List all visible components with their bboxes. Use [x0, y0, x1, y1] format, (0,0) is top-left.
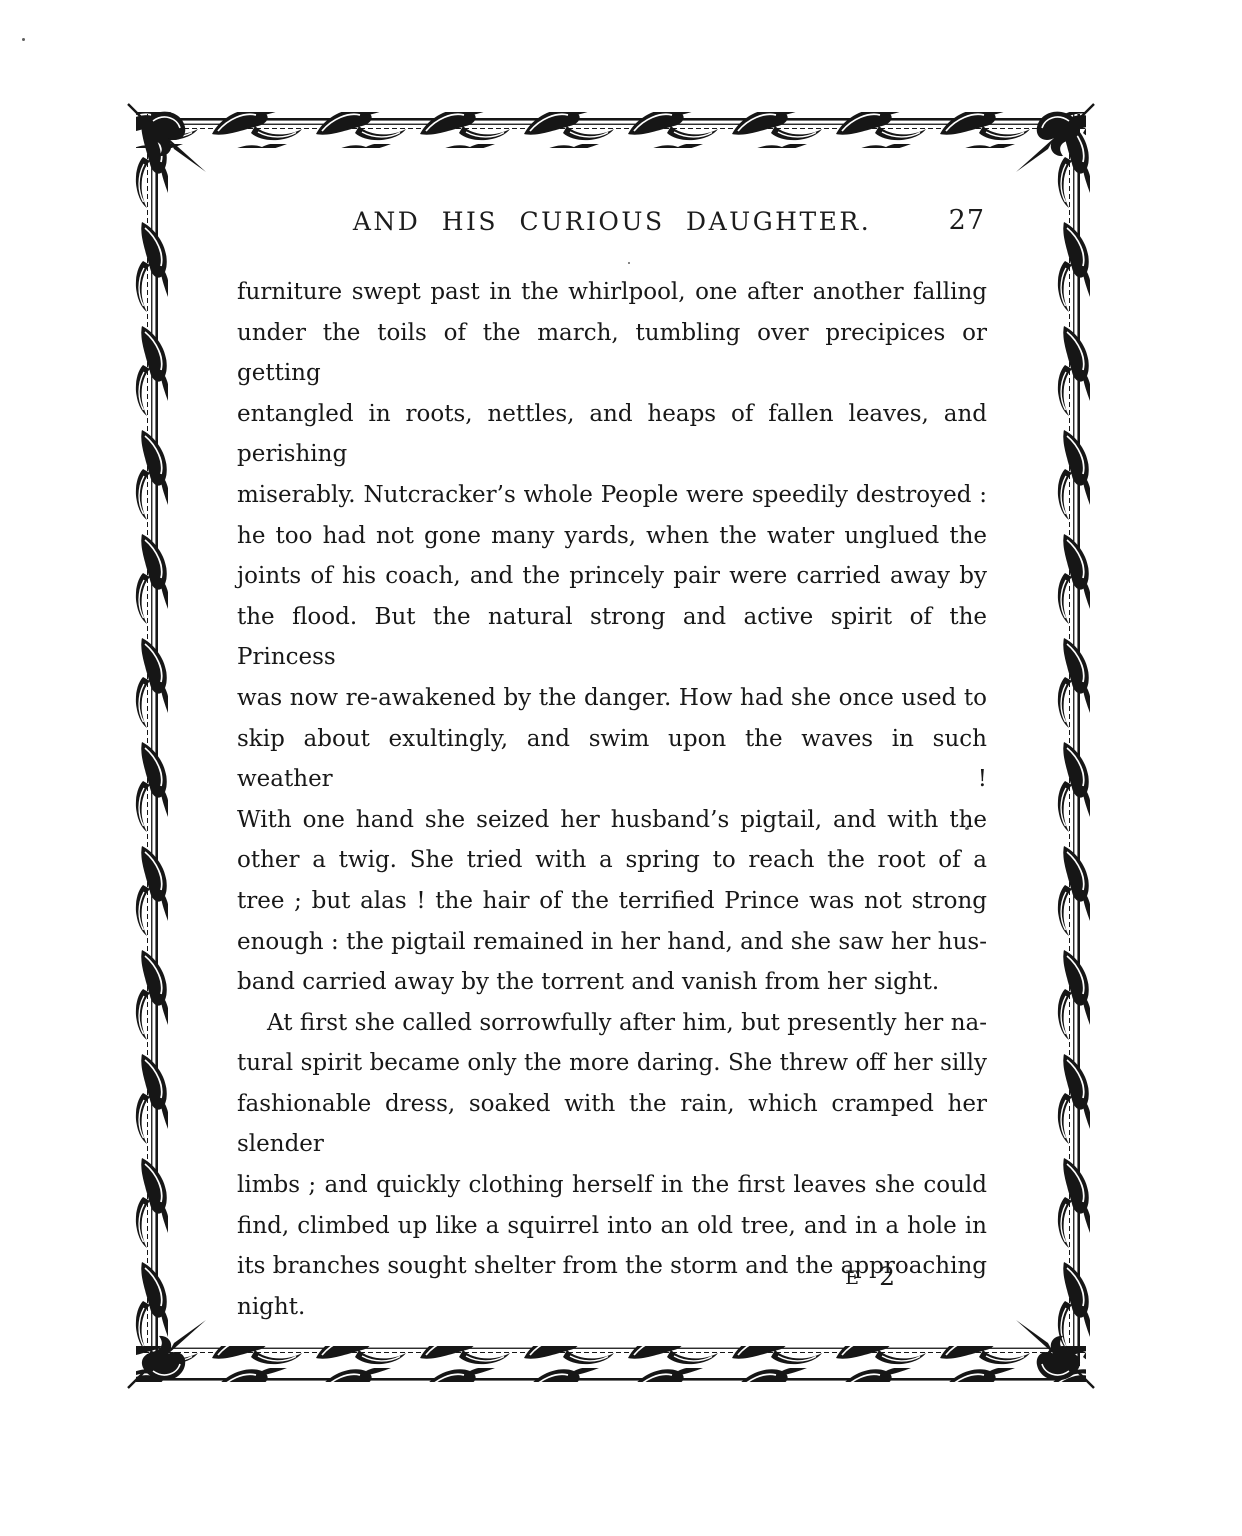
book-page: AND HIS CURIOUS DAUGHTER. 27 furniture s…	[0, 0, 1242, 1536]
scan-speck	[628, 262, 630, 264]
body-line: entangled in roots, nettles, and heaps o…	[237, 394, 987, 475]
page-title: AND HIS CURIOUS DAUGHTER.	[237, 207, 987, 236]
scan-speck	[965, 827, 969, 830]
body-line: was now re-awakened by the danger. How h…	[237, 678, 987, 719]
body-line: enough : the pigtail remained in her han…	[237, 922, 987, 963]
body-line: find, climbed up like a squirrel into an…	[237, 1206, 987, 1247]
body-line: tural spirit became only the more daring…	[237, 1043, 987, 1084]
signature-letter: E	[845, 1267, 860, 1289]
signature-mark: E 2	[237, 1262, 987, 1291]
body-line: At first she called sorrowfully after hi…	[237, 1003, 987, 1044]
body-line: tree ; but alas ! the hair of the terrif…	[237, 881, 987, 922]
body-line: night.	[237, 1287, 987, 1328]
body-line: band carried away by the torrent and van…	[237, 962, 987, 1003]
body-line: limbs ; and quickly clothing herself in …	[237, 1165, 987, 1206]
body-line: under the toils of the march, tumbling o…	[237, 313, 987, 394]
body-line: With one hand she seized her husband’s p…	[237, 800, 987, 841]
body-line: joints of his coach, and the princely pa…	[237, 556, 987, 597]
signature-number: 2	[879, 1262, 895, 1291]
body-line: he too had not gone many yards, when the…	[237, 516, 987, 557]
scan-speck	[906, 745, 908, 747]
body-line: miserably. Nutcracker’s whole People wer…	[237, 475, 987, 516]
body-line: the flood. But the natural strong and ac…	[237, 597, 987, 678]
body-line: other a twig. She tried with a spring to…	[237, 840, 987, 881]
page-text: furniture swept past in the whirlpool, o…	[237, 272, 987, 1327]
scan-speck	[22, 38, 25, 41]
body-line: furniture swept past in the whirlpool, o…	[237, 272, 987, 313]
page-number: 27	[949, 205, 985, 236]
running-head: AND HIS CURIOUS DAUGHTER. 27	[237, 207, 987, 241]
body-line: fashionable dress, soaked with the rain,…	[237, 1084, 987, 1165]
body-line: skip about exultingly, and swim upon the…	[237, 719, 987, 800]
